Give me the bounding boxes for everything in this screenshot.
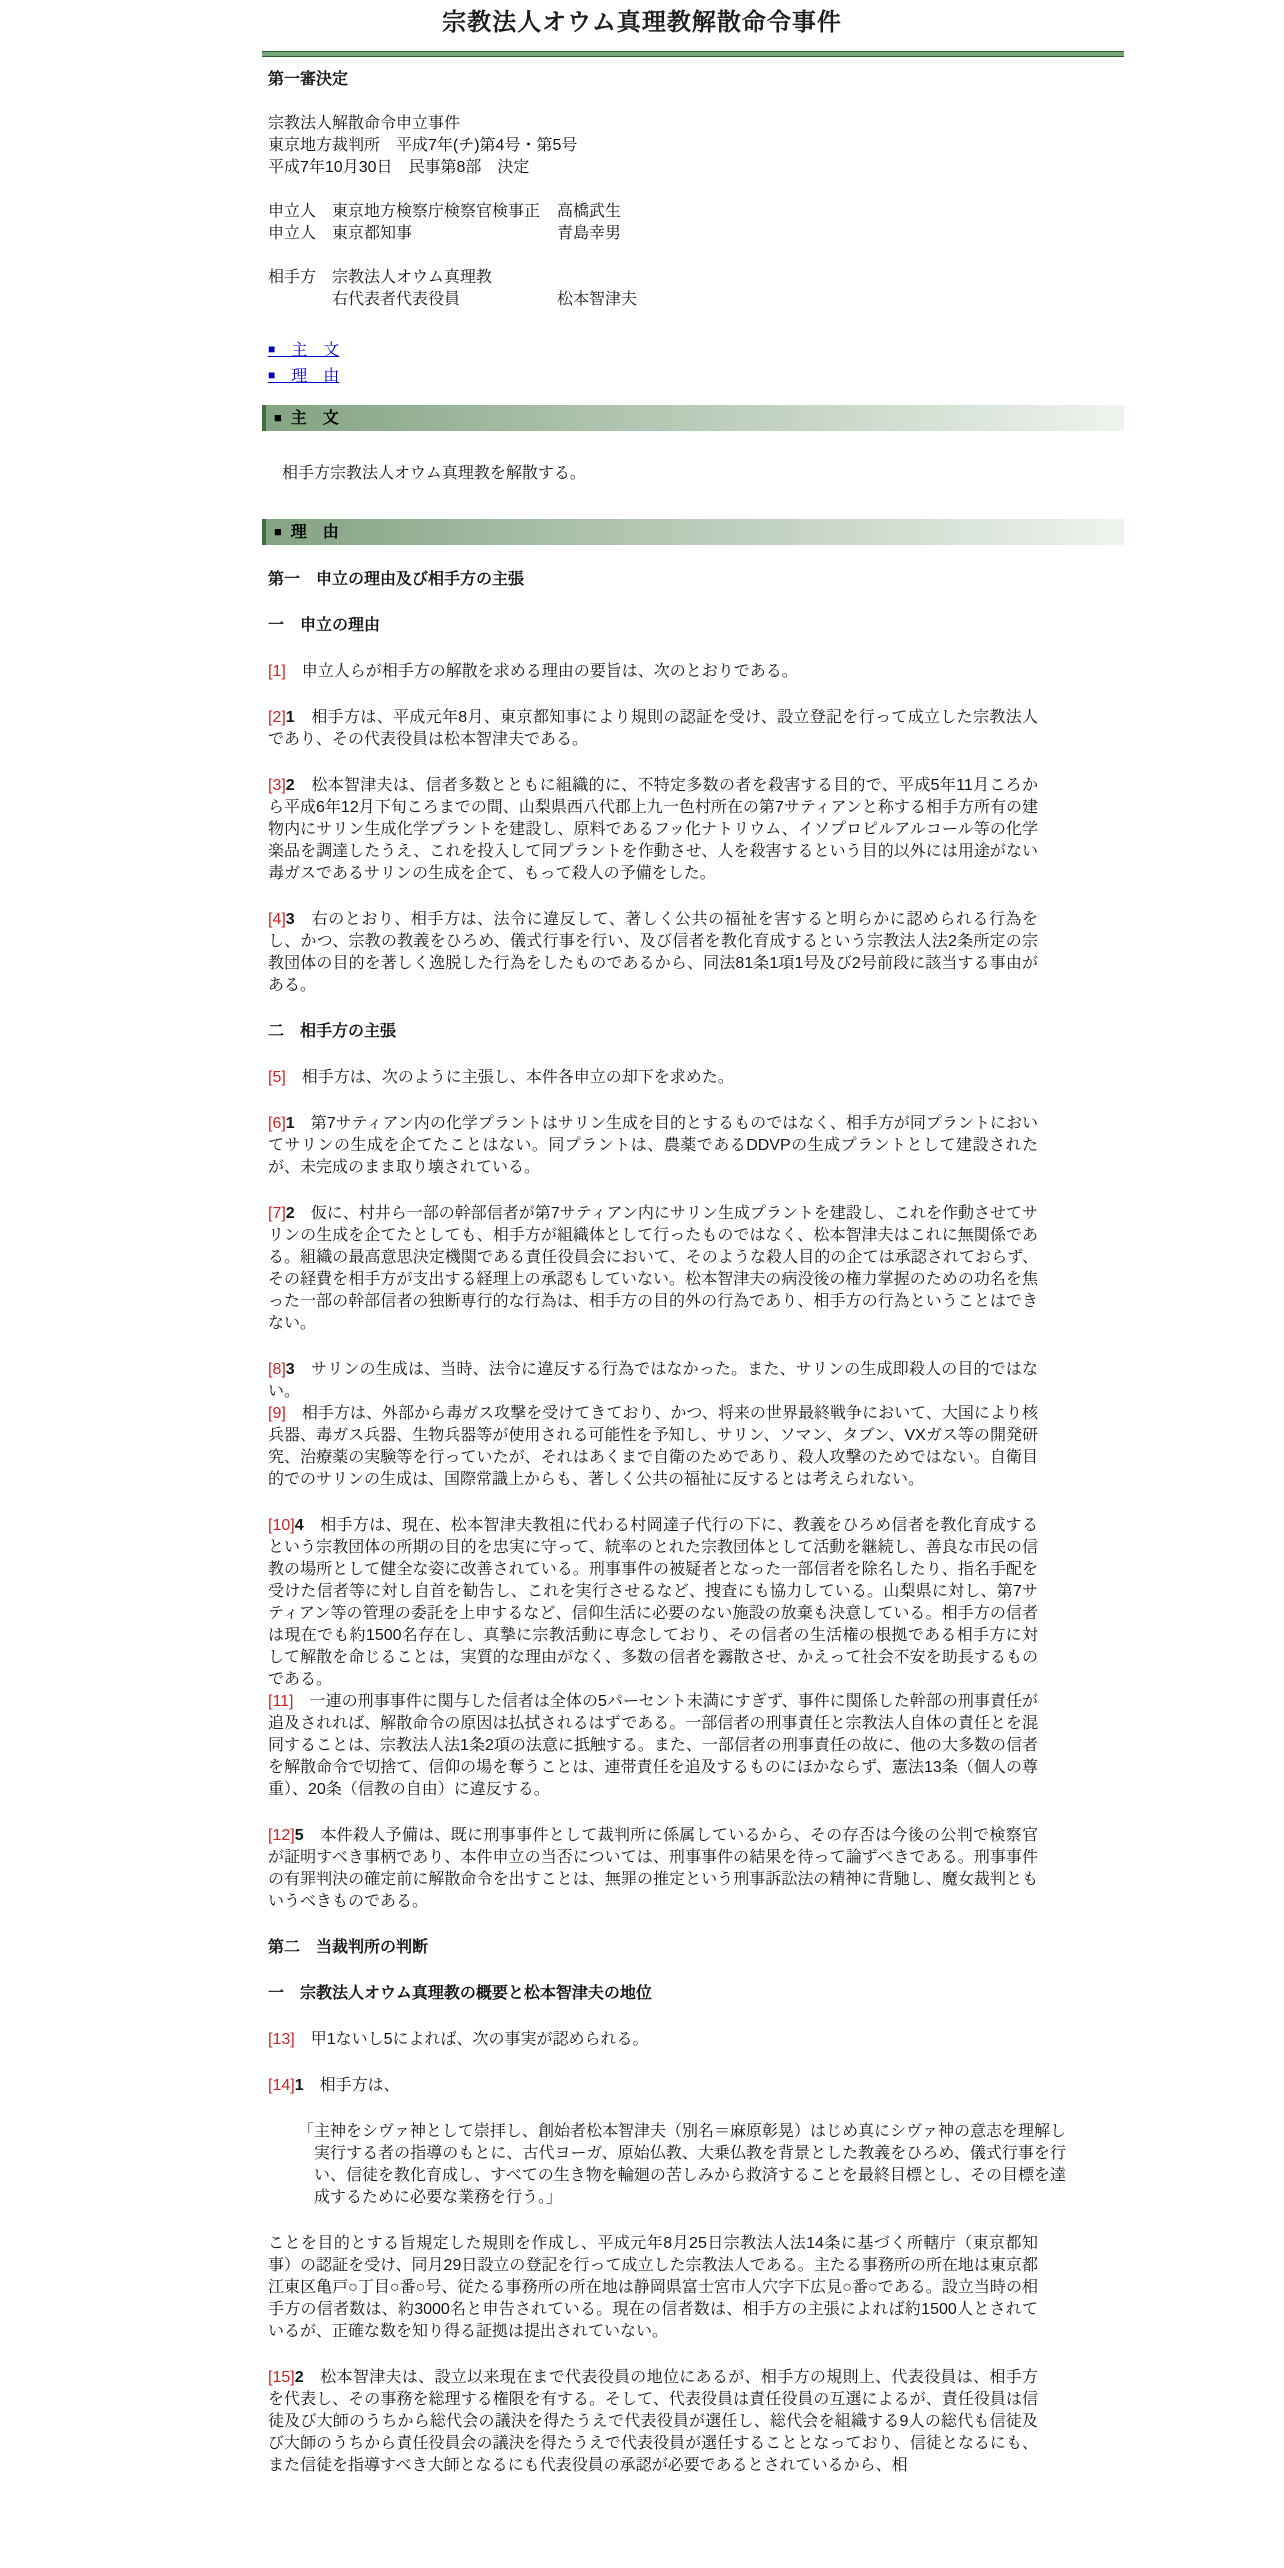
party-name: 高橋武生 <box>557 201 621 223</box>
paragraph-item-number: 2 <box>286 777 295 794</box>
paragraph-number-marker: [8] <box>268 1361 286 1378</box>
toc-link-main-text[interactable]: ■ 主 文 <box>268 337 1038 363</box>
rule-quote-block: 「主神をシヴァ神として崇拝し、創始者松本智津夫（別名＝麻原彰晃）はじめ真にシヴァ… <box>298 2121 1066 2209</box>
paragraph: [7]2 仮に、村井ら一部の幹部信者が第7サティアン内にサリン生成プラントを建設… <box>262 1203 1124 1335</box>
main-text-section-header: ■ 主 文 <box>262 405 1124 431</box>
paragraph-number-marker: [5] <box>268 1069 286 1086</box>
paragraph-number-marker: [1] <box>268 663 286 680</box>
document-title: 宗教法人オウム真理教解散命令事件 <box>0 0 1284 38</box>
party-role: 申立人 <box>268 201 332 223</box>
paragraph: [15]2 松本智津夫は、設立以来現在まで代表役員の地位にあるが、相手方の規則上… <box>262 2367 1124 2477</box>
main-text-heading: 主 文 <box>291 410 339 427</box>
party-name: 青島幸男 <box>557 223 621 245</box>
paragraph: [5] 相手方は、次のように主張し、本件各申立の却下を求めた。 <box>262 1067 1124 1089</box>
paragraph-number-marker: [11] <box>268 1693 294 1710</box>
paragraph: [4]3 右のとおり、相手方は、法令に違反して、著しく公共の福祉を害すると明らか… <box>262 909 1124 997</box>
party-role: 申立人 <box>268 223 332 245</box>
paragraph: [9] 相手方は、外部から毒ガス攻撃を受けてきており、かつ、将来の世界最終戦争に… <box>262 1403 1124 1491</box>
party-row: 相手方宗教法人オウム真理教 <box>268 267 1038 289</box>
paragraph: [1] 申立人らが相手方の解散を求める理由の要旨は、次のとおりである。 <box>262 661 1124 683</box>
link-square-icon: ■ <box>268 342 275 356</box>
paragraph-number-marker: [2] <box>268 709 286 726</box>
paragraph: ことを目的とする旨規定した規則を作成し、平成元年8月25日宗教法人法14条に基づ… <box>262 2233 1124 2343</box>
paragraph-number-marker: [7] <box>268 1205 286 1222</box>
section-heading: 一 宗教法人オウム真理教の概要と松本智津夫の地位 <box>262 1983 1124 2005</box>
paragraph-number-marker: [15] <box>268 2369 295 2386</box>
section-heading: 第二 当裁判所の判断 <box>262 1937 1124 1959</box>
document-body: 第一審決定 宗教法人解散命令申立事件東京地方裁判所 平成7年(チ)第4号・第5号… <box>262 69 1124 2477</box>
link-square-icon: ■ <box>268 368 275 382</box>
case-caption: 宗教法人解散命令申立事件東京地方裁判所 平成7年(チ)第4号・第5号平成7年10… <box>262 113 1124 179</box>
paragraph-number-marker: [6] <box>268 1115 286 1132</box>
black-square-icon: ■ <box>274 410 282 425</box>
toc-link-reasons[interactable]: ■ 理 由 <box>268 363 1038 389</box>
party-description: 右代表者代表役員 <box>332 289 557 311</box>
party-role: 相手方 <box>268 267 332 289</box>
main-text-body: 相手方宗教法人オウム真理教を解散する。 <box>262 463 1124 485</box>
respondent-list: 相手方宗教法人オウム真理教右代表者代表役員松本智津夫 <box>262 267 1124 311</box>
party-description: 東京地方検察庁検察官検事正 <box>332 201 557 223</box>
paragraph: [11] 一連の刑事事件に関与した信者は全体の5パーセント未満にすぎず、事件に関… <box>262 1691 1124 1801</box>
reasons-section-header: ■ 理 由 <box>262 519 1124 545</box>
paragraph-item-number: 3 <box>286 1361 295 1378</box>
reasons-content: 第一 申立の理由及び相手方の主張一 申立の理由[1] 申立人らが相手方の解散を求… <box>262 569 1124 2477</box>
party-row: 申立人東京都知事青島幸男 <box>268 223 1038 245</box>
paragraph: [10]4 相手方は、現在、松本智津夫教祖に代わる村岡達子代行の下に、教義をひろ… <box>262 1515 1124 1691</box>
case-caption-line: 宗教法人解散命令申立事件 <box>268 113 1038 135</box>
party-role <box>268 289 332 311</box>
court-decision-label: 第一審決定 <box>262 69 1124 91</box>
paragraph: [12]5 本件殺人予備は、既に刑事事件として裁判所に係属しているから、その存否… <box>262 1825 1124 1913</box>
paragraph-item-number: 3 <box>286 911 295 928</box>
petitioners-list: 申立人東京地方検察庁検察官検事正高橋武生申立人東京都知事青島幸男 <box>262 201 1124 245</box>
paragraph-item-number: 1 <box>286 1115 295 1132</box>
section-heading: 一 申立の理由 <box>262 615 1124 637</box>
party-row: 申立人東京地方検察庁検察官検事正高橋武生 <box>268 201 1038 223</box>
paragraph-number-marker: [14] <box>268 2077 295 2094</box>
paragraph: [8]3 サリンの生成は、当時、法令に違反する行為ではなかった。また、サリンの生… <box>262 1359 1124 1403</box>
section-heading: 二 相手方の主張 <box>262 1021 1124 1043</box>
paragraph: [13] 甲1ないし5によれば、次の事実が認められる。 <box>262 2029 1124 2051</box>
paragraph: [6]1 第7サティアン内の化学プラントはサリン生成を目的とするものではなく、相… <box>262 1113 1124 1179</box>
paragraph-number-marker: [12] <box>268 1827 295 1844</box>
paragraph-item-number: 2 <box>295 2369 304 2386</box>
section-heading: 第一 申立の理由及び相手方の主張 <box>262 569 1124 591</box>
party-name: 松本智津夫 <box>557 289 637 311</box>
reasons-heading: 理 由 <box>291 524 339 541</box>
paragraph: [2]1 相手方は、平成元年8月、東京都知事により規則の認証を受け、設立登記を行… <box>262 707 1124 751</box>
paragraph: [14]1 相手方は、 <box>262 2075 1124 2097</box>
paragraph-number-marker: [9] <box>268 1405 286 1422</box>
paragraph: [3]2 松本智津夫は、信者多数とともに組織的に、不特定多数の者を殺害する目的で… <box>262 775 1124 885</box>
paragraph-number-marker: [10] <box>268 1517 295 1534</box>
paragraph-number-marker: [13] <box>268 2031 295 2048</box>
party-row: 右代表者代表役員松本智津夫 <box>268 289 1038 311</box>
black-square-icon: ■ <box>274 524 282 539</box>
paragraph-number-marker: [4] <box>268 911 286 928</box>
case-caption-line: 東京地方裁判所 平成7年(チ)第4号・第5号 <box>268 135 1038 157</box>
paragraph-item-number: 5 <box>295 1827 304 1844</box>
paragraph-item-number: 2 <box>286 1205 295 1222</box>
party-description: 宗教法人オウム真理教 <box>332 267 557 289</box>
paragraph-item-number: 1 <box>286 709 295 726</box>
party-description: 東京都知事 <box>332 223 557 245</box>
case-caption-line: 平成7年10月30日 民事第8部 決定 <box>268 157 1038 179</box>
table-of-contents: ■ 主 文■ 理 由 <box>262 337 1124 389</box>
paragraph-number-marker: [3] <box>268 777 286 794</box>
paragraph-item-number: 1 <box>295 2077 304 2094</box>
title-rule <box>262 51 1124 57</box>
paragraph-item-number: 4 <box>295 1517 304 1534</box>
